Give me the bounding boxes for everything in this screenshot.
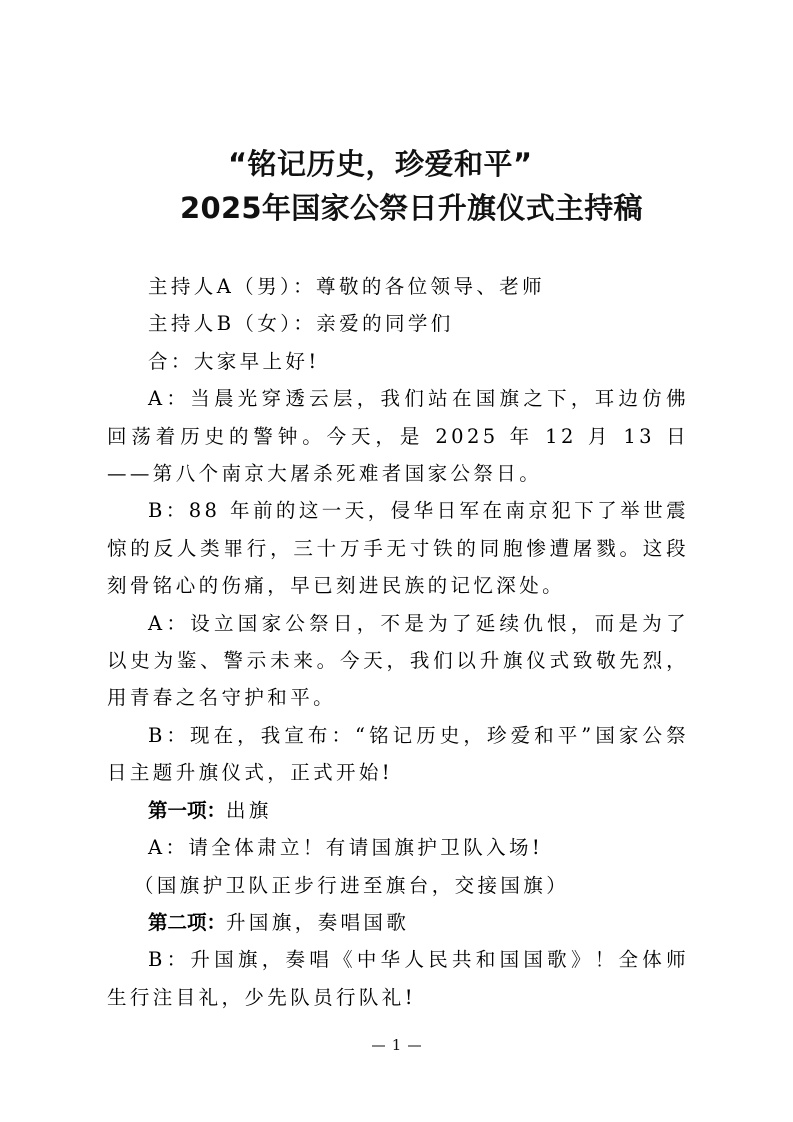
- speaker-label: 主持人A（男）：: [148, 275, 316, 298]
- section-heading-text: 出旗: [226, 799, 272, 822]
- paragraph-host-a-greeting: 主持人A（男）：尊敬的各位领导、老师: [107, 268, 689, 305]
- document-title-line-2: 2025年国家公祭日升旗仪式主持稿: [180, 186, 643, 230]
- paragraph-a-stand: A：请全体肃立！有请国旗护卫队入场!: [107, 829, 689, 866]
- paragraph-b-announce: B：现在，我宣布：“铭记历史，珍爱和平”国家公祭日主题升旗仪式，正式开始!: [107, 717, 689, 792]
- speaker-label: B：: [148, 724, 190, 747]
- section-heading-text: 升国旗，奏唱国歌: [226, 911, 409, 934]
- paragraph-b-history: B：88 年前的这一天，侵华日军在南京犯下了举世震惊的反人类罪行，三十万手无寸铁…: [107, 492, 689, 604]
- paragraph-stage-direction: （国旗护卫队正步行进至旗台，交接国旗）: [107, 867, 689, 904]
- paragraph-text: 尊敬的各位领导、老师: [316, 275, 545, 298]
- speaker-label: A：: [148, 387, 190, 410]
- speaker-label: A：: [148, 836, 188, 859]
- page-number-footer: 1: [0, 1036, 793, 1054]
- section-heading-item-1: 第一项：出旗: [107, 792, 689, 829]
- paragraph-a-intro: A：当晨光穿透云层，我们站在国旗之下，耳边仿佛回荡着历史的警钟。今天，是 202…: [107, 380, 689, 492]
- page-number: 1: [392, 1036, 402, 1054]
- paragraph-a-purpose: A：设立国家公祭日，不是为了延续仇恨，而是为了以史为鉴、警示未来。今天，我们以升…: [107, 605, 689, 717]
- speaker-label: 主持人B（女）：: [148, 312, 316, 335]
- speaker-label: A：: [148, 612, 190, 635]
- paragraph-text: 亲爱的同学们: [316, 312, 453, 335]
- paragraph-b-anthem: B：升国旗，奏唱《中华人民共和国国歌》！全体师生行注目礼，少先队员行队礼!: [107, 941, 689, 1016]
- speaker-label: 合：: [148, 350, 194, 373]
- dash-left: [372, 1045, 385, 1047]
- section-heading-item-2: 第二项：升国旗，奏唱国歌: [107, 904, 689, 941]
- document-page: “铭记历史，珍爱和平” 2025年国家公祭日升旗仪式主持稿 主持人A（男）：尊敬…: [0, 0, 793, 1122]
- stage-direction-text: （国旗护卫队正步行进至旗台，交接国旗）: [134, 874, 569, 897]
- paragraph-text: 现在，我宣布：“铭记历史，珍爱和平”国家公祭日主题升旗仪式，正式开始!: [107, 724, 689, 784]
- document-title-line-1: “铭记历史，珍爱和平”: [228, 142, 533, 186]
- document-body: 主持人A（男）：尊敬的各位领导、老师 主持人B（女）：亲爱的同学们 合：大家早上…: [107, 268, 689, 1016]
- dash-right: [408, 1045, 421, 1047]
- section-heading-label: 第二项：: [148, 911, 226, 934]
- paragraph-text: 请全体肃立！有请国旗护卫队入场!: [188, 836, 543, 859]
- paragraph-text: 88 年前的这一天，侵华日军在南京犯下了举世震惊的反人类罪行，三十万手无寸铁的同…: [107, 499, 689, 597]
- paragraph-text: 设立国家公祭日，不是为了延续仇恨，而是为了以史为鉴、警示未来。今天，我们以升旗仪…: [107, 612, 689, 710]
- section-heading-label: 第一项：: [148, 799, 226, 822]
- paragraph-host-b-greeting: 主持人B（女）：亲爱的同学们: [107, 305, 689, 342]
- paragraph-text: 当晨光穿透云层，我们站在国旗之下，耳边仿佛回荡着历史的警钟。今天，是 2025 …: [107, 387, 689, 485]
- paragraph-together-greeting: 合：大家早上好!: [107, 343, 689, 380]
- paragraph-text: 升国旗，奏唱《中华人民共和国国歌》！全体师生行注目礼，少先队员行队礼!: [107, 948, 689, 1008]
- speaker-label: B：: [148, 948, 190, 971]
- paragraph-text: 大家早上好!: [194, 350, 320, 373]
- speaker-label: B：: [148, 499, 189, 522]
